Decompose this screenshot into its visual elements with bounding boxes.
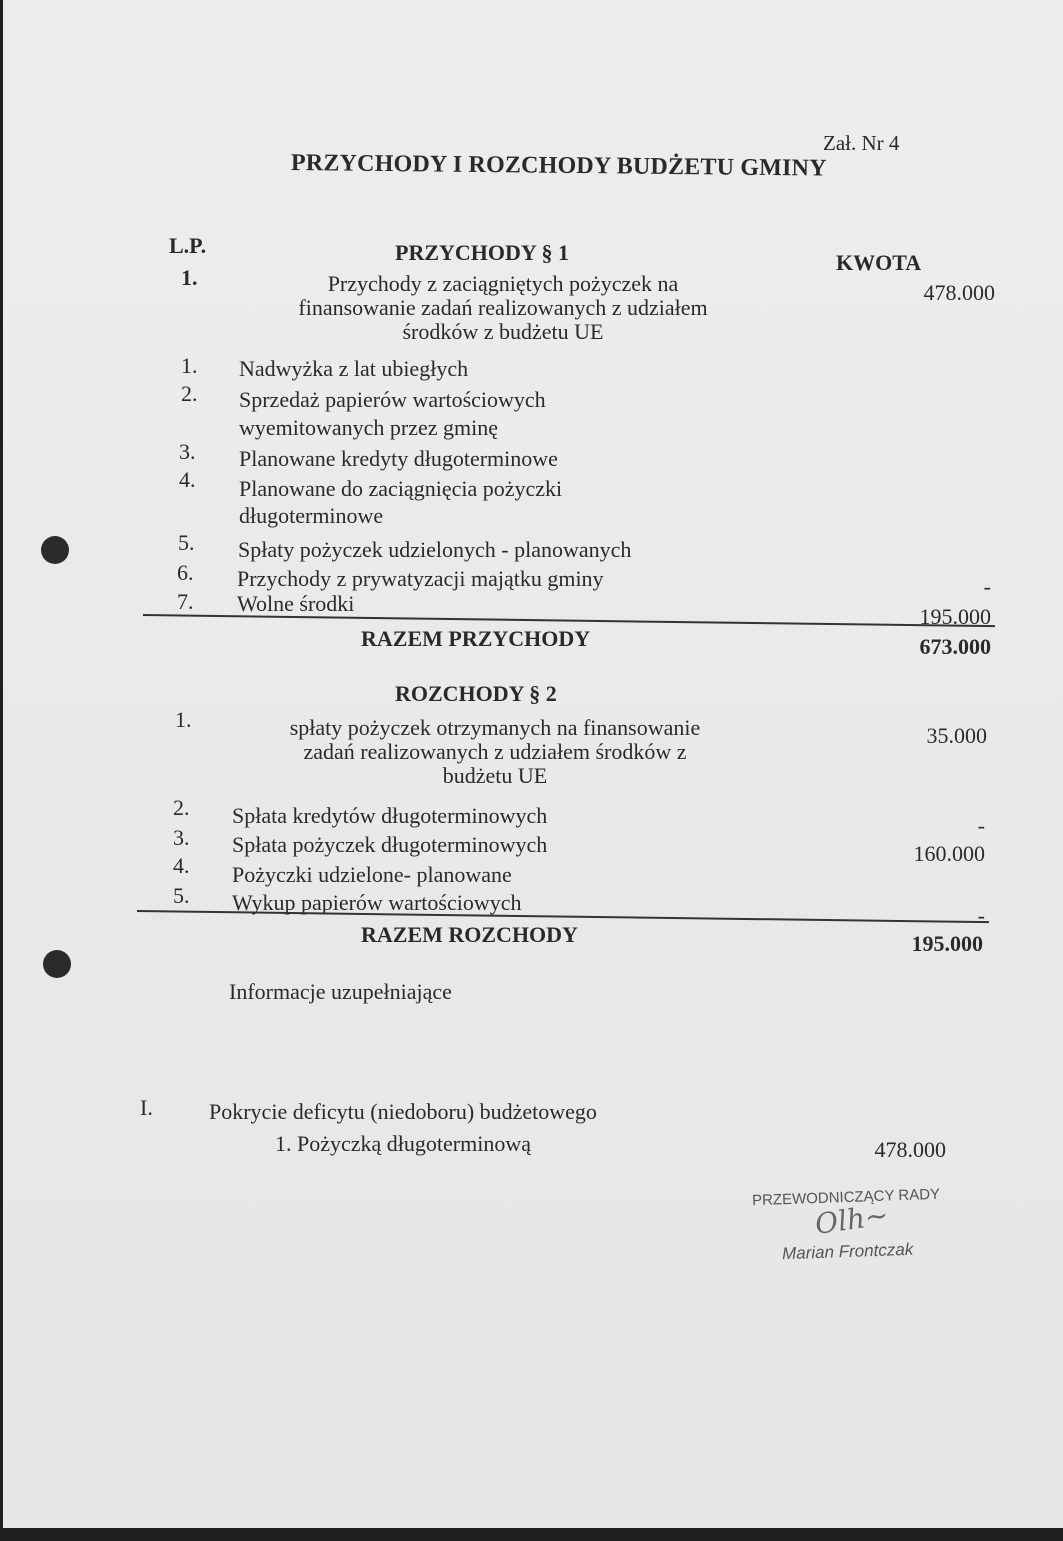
item-label: Planowane do zaciągnięcia pożyczki — [239, 476, 562, 502]
item-amount: - — [851, 574, 991, 600]
item-amount: 478.000 — [855, 280, 995, 306]
punch-hole — [41, 536, 69, 564]
item-amount: - — [845, 903, 985, 929]
item-label: Sprzedaż papierów wartościowych — [239, 387, 546, 413]
stamp-name: Marian Frontczak — [782, 1240, 914, 1265]
scanned-page: Zał. Nr 4 PRZYCHODY I ROZCHODY BUDŻETU G… — [3, 0, 1063, 1528]
document-title: PRZYCHODY I ROZCHODY BUDŻETU GMINY — [291, 150, 827, 183]
item-amount: 160.000 — [845, 841, 985, 867]
item-label: Wolne środki — [237, 591, 354, 617]
supplementary-heading: Informacje uzupełniające — [229, 979, 452, 1005]
item-number: 5. — [178, 530, 195, 556]
item-label: długoterminowe — [239, 503, 383, 529]
item-number: 1. — [175, 707, 192, 733]
expenses-total-amount: 195.000 — [843, 931, 983, 957]
income-total-label: RAZEM PRZYCHODY — [361, 626, 590, 652]
description-line: Przychody z zaciągniętych pożyczek na — [243, 272, 763, 296]
item-label: Nadwyżka z lat ubiegłych — [239, 356, 468, 382]
item-number: 6. — [177, 560, 194, 586]
item-number: 2. — [173, 795, 190, 821]
item-number: 3. — [173, 825, 190, 851]
item-label: Pożyczki udzielone- planowane — [232, 862, 512, 888]
item-label: Spłata kredytów długoterminowych — [232, 803, 547, 829]
section-number: I. — [140, 1095, 153, 1121]
description-line: spłaty pożyczek otrzymanych na finansowa… — [235, 716, 755, 740]
income-heading: PRZYCHODY § 1 — [395, 240, 569, 266]
item-description: Przychody z zaciągniętych pożyczek na fi… — [243, 272, 763, 344]
item-label: Spłata pożyczek długoterminowych — [232, 832, 547, 858]
punch-hole — [43, 950, 71, 978]
item-label: Planowane kredyty długoterminowe — [239, 446, 558, 472]
item-number: 1. — [181, 353, 198, 379]
item-number: 1. — [181, 265, 198, 291]
item-description: spłaty pożyczek otrzymanych na finansowa… — [235, 716, 755, 788]
description-line: środków z budżetu UE — [243, 320, 763, 344]
deficit-item-amount: 478.000 — [806, 1137, 946, 1163]
expenses-heading: ROZCHODY § 2 — [395, 681, 557, 707]
item-label: Przychody z prywatyzacji majątku gminy — [237, 566, 604, 592]
column-lp-header: L.P. — [169, 233, 206, 259]
description-line: budżetu UE — [235, 764, 755, 788]
item-number: 2. — [181, 381, 198, 407]
item-amount: 35.000 — [847, 723, 987, 749]
deficit-item-label: 1. Pożyczką długoterminową — [275, 1131, 531, 1157]
income-total-amount: 673.000 — [851, 634, 991, 660]
item-label: Spłaty pożyczek udzielonych - planowanyc… — [238, 537, 631, 563]
description-line: zadań realizowanych z udziałem środków z — [235, 740, 755, 764]
section-title: Pokrycie deficytu (niedoboru) budżetoweg… — [209, 1099, 597, 1125]
attachment-label: Zał. Nr 4 — [823, 131, 899, 156]
item-number: 5. — [173, 883, 190, 909]
item-amount: - — [845, 813, 985, 839]
item-number: 7. — [177, 589, 194, 615]
item-label: wyemitowanych przez gminę — [239, 415, 498, 441]
item-number: 4. — [179, 467, 196, 493]
item-number: 3. — [179, 439, 196, 465]
expenses-total-label: RAZEM ROZCHODY — [361, 922, 578, 948]
item-number: 4. — [173, 853, 190, 879]
column-amount-header: KWOTA — [836, 250, 921, 276]
description-line: finansowanie zadań realizowanych z udzia… — [243, 296, 763, 320]
